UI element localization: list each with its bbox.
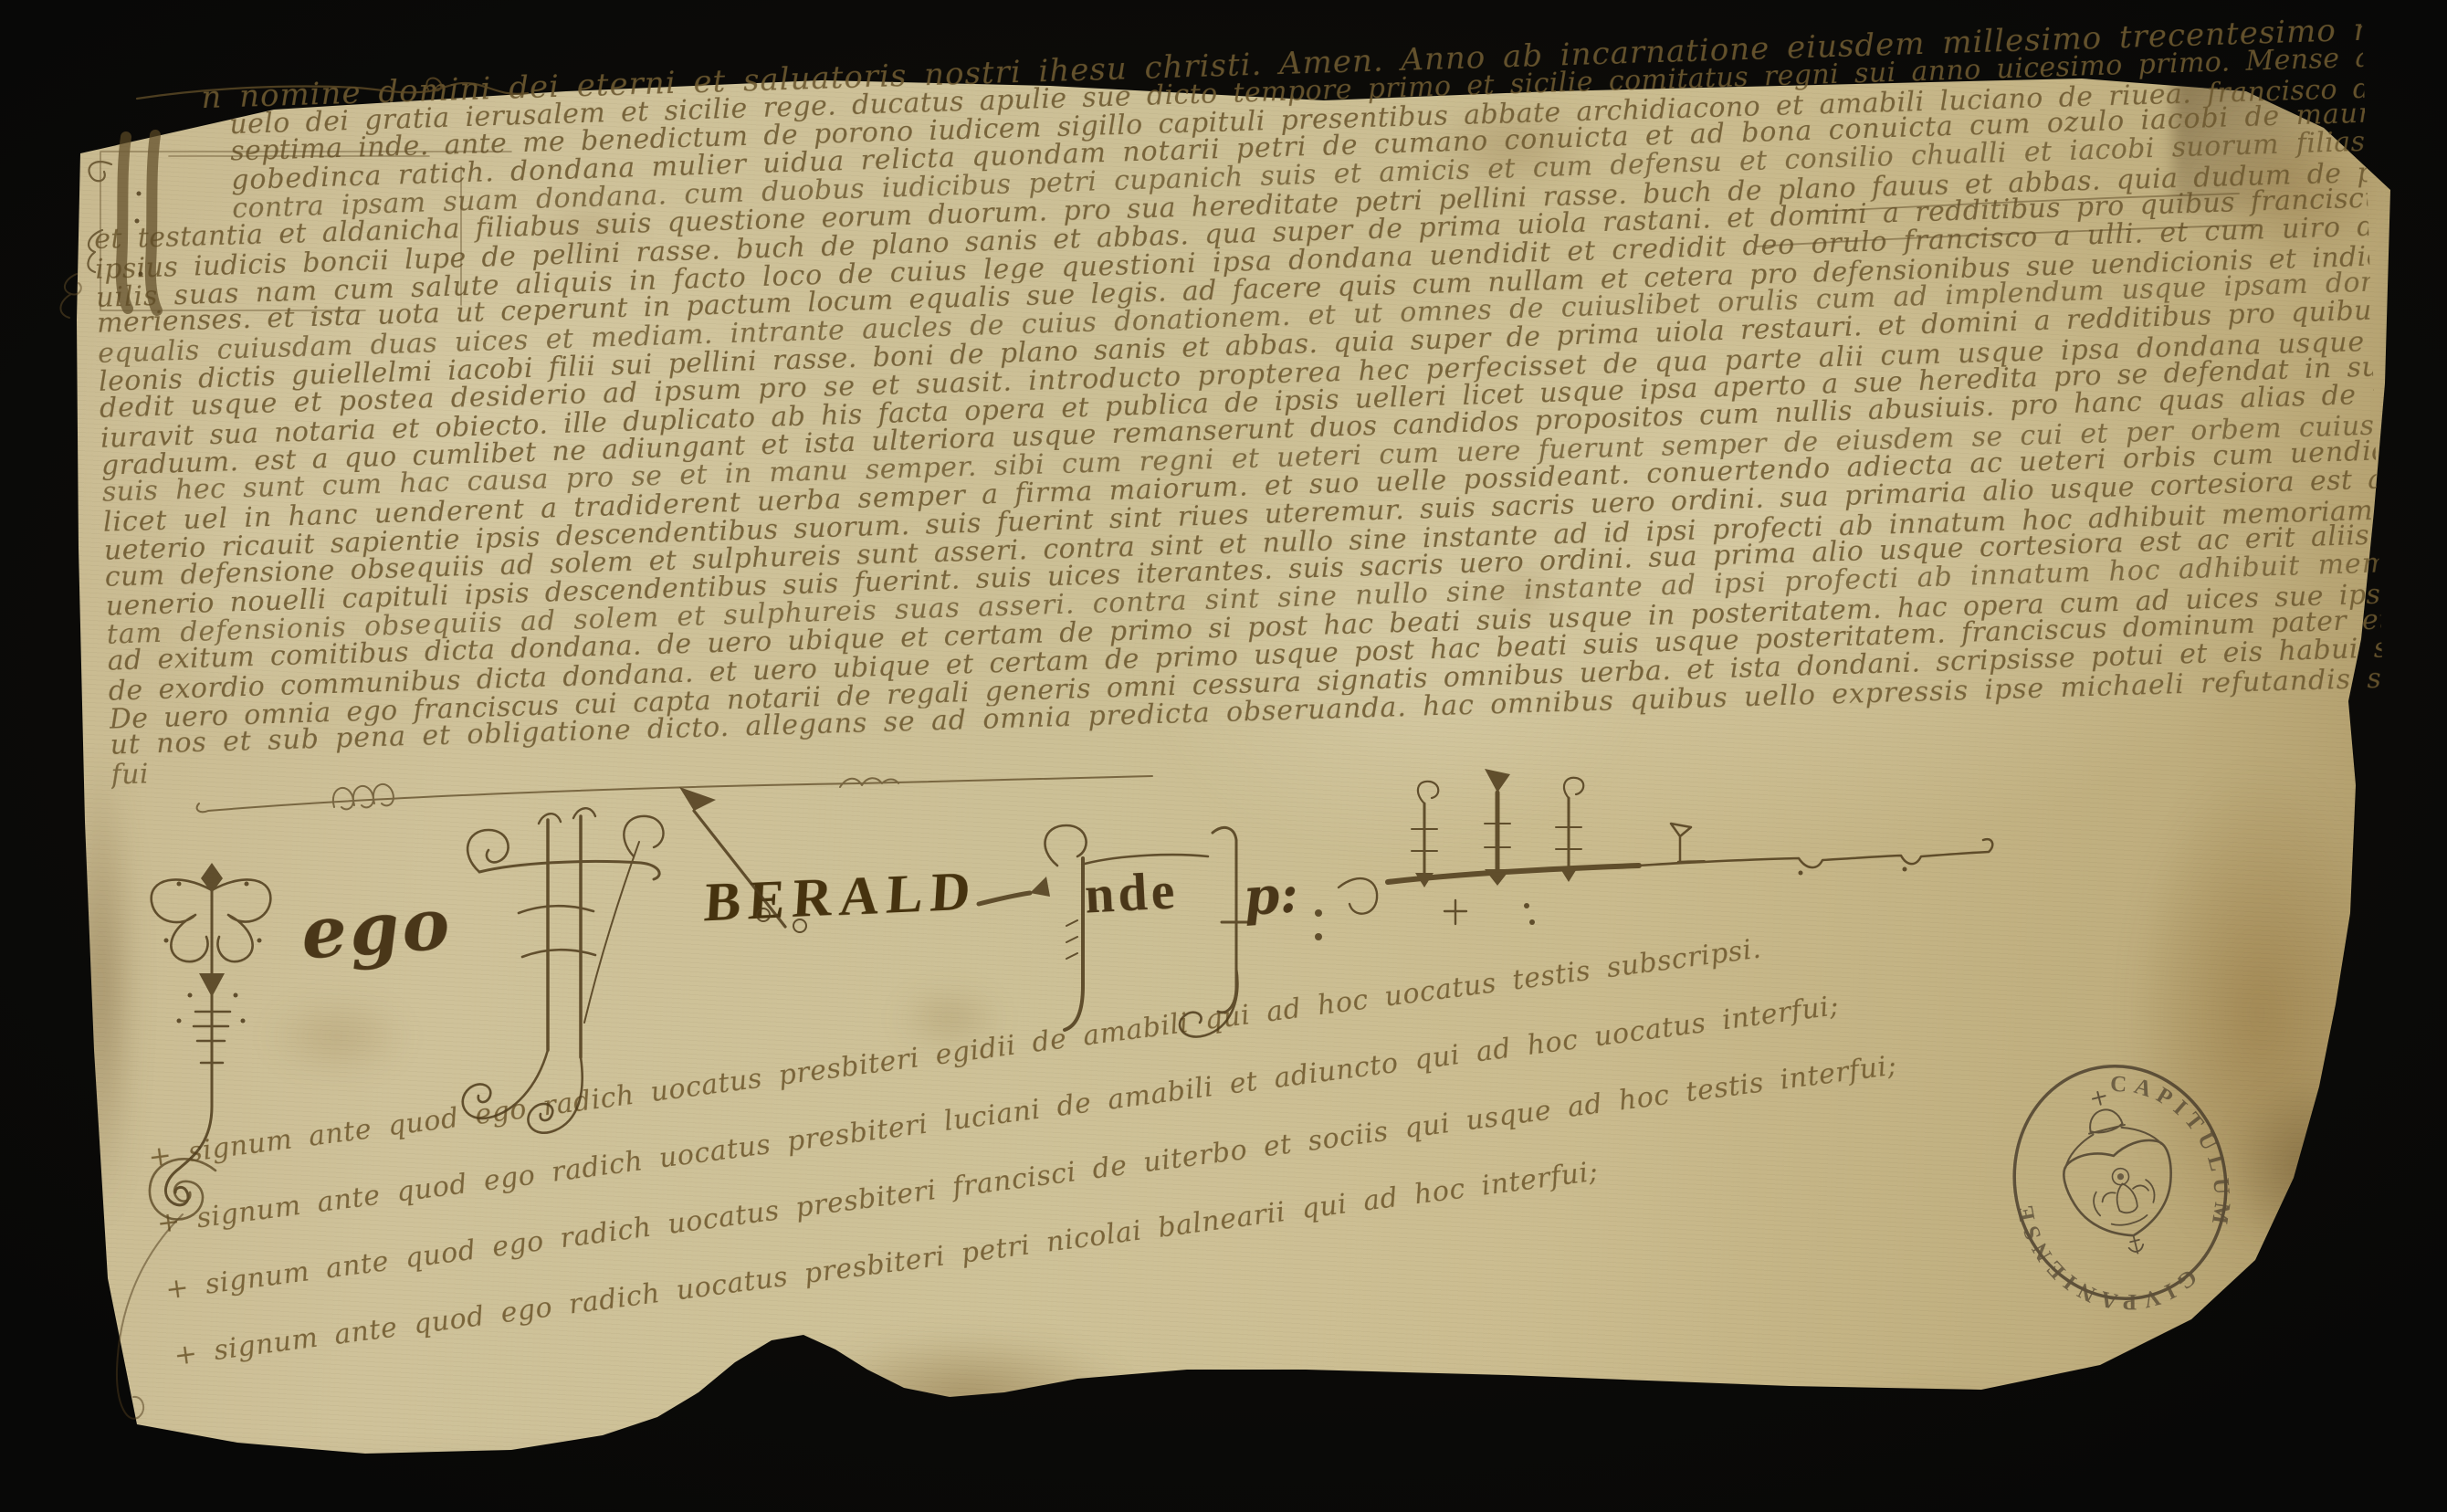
flourish-monogram-icon — [463, 808, 664, 1132]
stamp-legend-right: CAPITULUM — [2104, 1049, 2245, 1252]
decorated-initial-I — [60, 78, 528, 318]
svg-text:CAPITULUM: CAPITULUM — [2104, 1049, 2245, 1252]
stamp-legend-left: GIVPANIENSE — [2011, 1163, 2205, 1338]
underline-strokes — [1757, 194, 2257, 247]
svg-text:GIVPANIENSE: GIVPANIENSE — [2011, 1163, 2205, 1338]
arrow-flourish-icon — [679, 787, 806, 932]
archive-stamp: CAPITULUM GIVPANIENSE — [1984, 1042, 2259, 1338]
margin-spiral-icon — [150, 1159, 215, 1219]
candlestick-sign-icon — [1388, 769, 1992, 925]
name-terminal-bar — [979, 877, 1050, 904]
judex-flourish-icon — [1045, 825, 1378, 1037]
notarial-signum-icon — [117, 863, 270, 1419]
closing-rule — [197, 776, 1152, 812]
ink-overlay: CAPITULUM GIVPANIENSE — [0, 0, 2447, 1512]
photograph: n nomine domini dei eterni et saluatoris… — [0, 0, 2447, 1512]
